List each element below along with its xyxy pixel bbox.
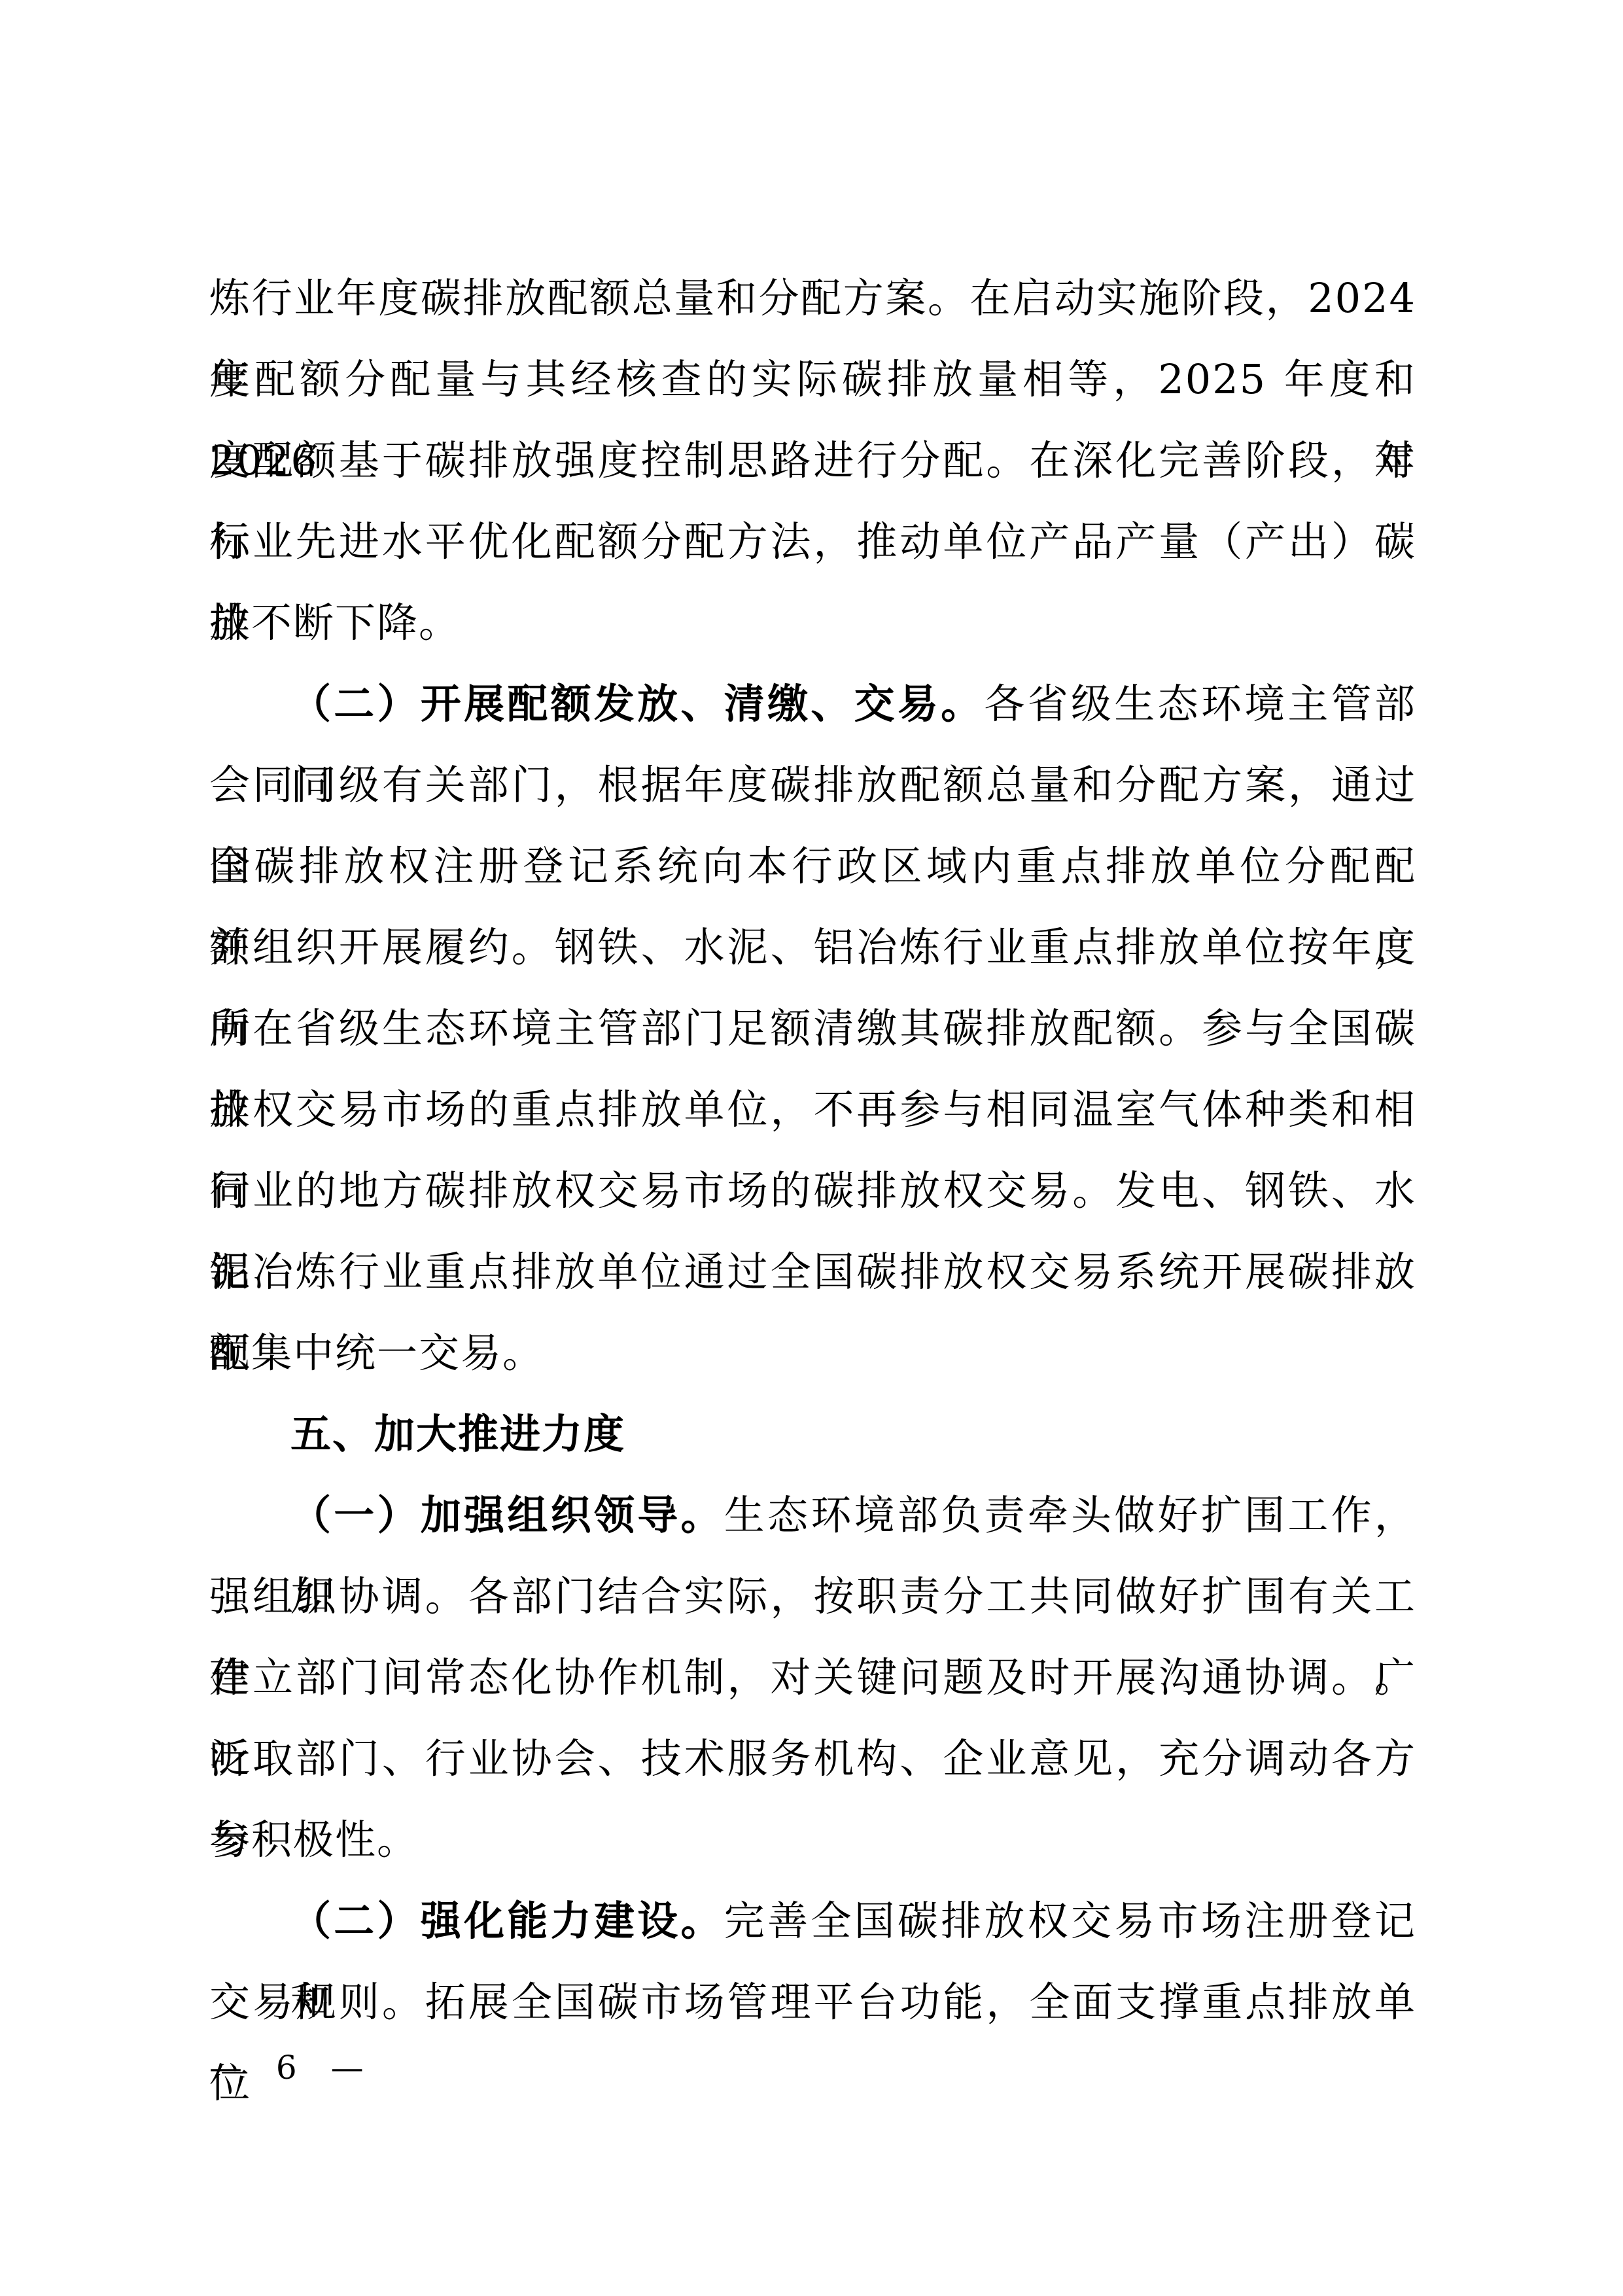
body-line-17: 强组织协调。各部门结合实际，按职责分工共同做好扩围有关工作。 [209,1556,1416,1637]
body-line-1: 炼行业年度碳排放配额总量和分配方案。在启动实施阶段，2024 年 [209,258,1416,339]
body-line-18: 建立部门间常态化协作机制，对关键问题及时开展沟通协调。广泛 [209,1637,1416,1718]
body-line-16-paragraph-start: （一）加强组织领导。生态环境部负责牵头做好扩围工作，加 [209,1475,1416,1556]
heading-text: 五、加大推进力度 [290,1410,625,1458]
body-line-22: 交易规则。拓展全国碳市场管理平台功能，全面支撑重点排放单位 [209,1962,1416,2043]
body-line-3: 度配额基于碳排放强度控制思路进行分配。在深化完善阶段，对标 [209,420,1416,501]
text-run: 放不断下降。 [209,599,461,646]
body-line-14: 额集中统一交易。 [209,1313,1416,1394]
body-line-11: 放权交易市场的重点排放单位，不再参与相同温室气体种类和相同 [209,1069,1416,1150]
body-line-4: 行业先进水平优化配额分配方法，推动单位产品产量（产出）碳排 [209,501,1416,582]
bold-run: （二）强化能力建设。 [290,1897,724,1945]
bold-run: （一）加强组织领导。 [290,1491,724,1539]
body-line-13: 铝冶炼行业重点排放单位通过全国碳排放权交易系统开展碳排放配 [209,1231,1416,1313]
body-line-8: 国碳排放权注册登记系统向本行政区域内重点排放单位分配配额， [209,826,1416,907]
page-number-footer: — 6 — [209,2047,368,2089]
text-run: 与积极性。 [209,1816,419,1863]
body-line-7: 会同同级有关部门，根据年度碳排放配额总量和分配方案，通过全 [209,745,1416,826]
body-line-10: 所在省级生态环境主管部门足额清缴其碳排放配额。参与全国碳排 [209,988,1416,1069]
body-line-19: 听取部门、行业协会、技术服务机构、企业意见，充分调动各方参 [209,1718,1416,1799]
page-body-text: 炼行业年度碳排放配额总量和分配方案。在启动实施阶段，2024 年 度配额分配量与… [209,258,1416,2043]
body-line-5: 放不断下降。 [209,582,1416,663]
bold-run: （二）开展配额发放、清缴、交易。 [290,680,984,728]
body-line-21-paragraph-start: （二）强化能力建设。完善全国碳排放权交易市场注册登记和 [209,1881,1416,1962]
body-line-12: 行业的地方碳排放权交易市场的碳排放权交易。发电、钢铁、水泥、 [209,1150,1416,1231]
body-line-6-paragraph-start: （二）开展配额发放、清缴、交易。各省级生态环境主管部门 [209,663,1416,745]
page-number: — 6 — [209,2049,368,2087]
document-page: 炼行业年度碳排放配额总量和分配方案。在启动实施阶段，2024 年 度配额分配量与… [0,0,1623,2296]
text-run: 交易规则。拓展全国碳市场管理平台功能，全面支撑重点排放单位 [209,1978,1416,2107]
body-line-2: 度配额分配量与其经核查的实际碳排放量相等，2025 年度和 2026 年 [209,339,1416,420]
body-line-9: 并组织开展履约。钢铁、水泥、铝冶炼行业重点排放单位按年度向 [209,907,1416,988]
text-run: 额集中统一交易。 [209,1329,544,1377]
section-heading: 五、加大推进力度 [209,1394,1416,1475]
body-line-20: 与积极性。 [209,1799,1416,1881]
